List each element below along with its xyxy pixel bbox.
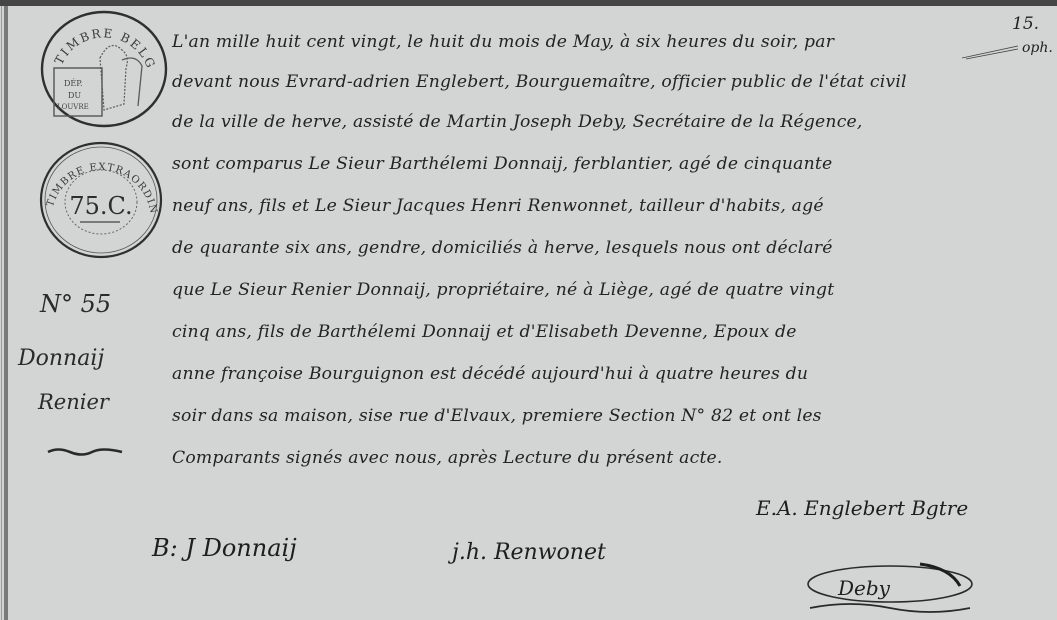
timbre-extraordinaire-stamp-icon: TIMBRE EXTRAORDINAIRE 75.C. bbox=[38, 140, 164, 260]
record-line-3: de la ville de herve, assisté de Martin … bbox=[172, 112, 863, 132]
record-line-6: de quarante six ans, gendre, domiciliés … bbox=[172, 238, 833, 258]
record-number: N° 55 bbox=[40, 290, 111, 318]
svg-text:LOUVRE: LOUVRE bbox=[57, 103, 89, 111]
margin-given-name: Renier bbox=[38, 390, 109, 414]
signature-declarant-1: B: J Donnaij bbox=[152, 534, 297, 562]
record-line-5: neuf ans, fils et Le Sieur Jacques Henri… bbox=[172, 196, 824, 216]
record-line-7: que Le Sieur Renier Donnaij, propriétair… bbox=[172, 280, 834, 300]
folio-note: oph. bbox=[1022, 40, 1053, 56]
record-line-9: anne françoise Bourguignon est décédé au… bbox=[172, 364, 808, 384]
record-line-10: soir dans sa maison, sise rue d'Elvaux, … bbox=[172, 406, 822, 426]
folio-rule-icon bbox=[960, 44, 1020, 60]
svg-text:TIMBRE BELGIQUE: TIMBRE BELGIQUE bbox=[38, 8, 159, 71]
record-line-4: sont comparus Le Sieur Barthélemi Donnai… bbox=[172, 154, 832, 174]
svg-text:DÉP.: DÉP. bbox=[64, 79, 83, 88]
timbre-belgique-stamp-icon: TIMBRE BELGIQUE DÉP. DU LOUVRE bbox=[38, 8, 170, 130]
record-line-1: L'an mille huit cent vingt, le huit du m… bbox=[172, 32, 834, 52]
signature-officer: E.A. Englebert Bgtre bbox=[756, 496, 968, 520]
record-line-11: Comparants signés avec nous, après Lectu… bbox=[172, 448, 723, 468]
page-edge-line bbox=[1, 6, 2, 620]
margin-rule bbox=[4, 6, 8, 620]
margin-flourish-icon bbox=[46, 446, 126, 458]
secretary-paraph-icon bbox=[790, 556, 990, 620]
margin-surname: Donnaij bbox=[18, 346, 104, 371]
stamp-value: 75.C. bbox=[69, 192, 132, 220]
record-line-8: cinq ans, fils de Barthélemi Donnaij et … bbox=[172, 322, 797, 342]
record-line-2: devant nous Evrard-adrien Englebert, Bou… bbox=[172, 72, 907, 92]
stamp-1-text: TIMBRE BELGIQUE bbox=[38, 8, 159, 71]
folio-number: 15. bbox=[1012, 14, 1039, 34]
signature-declarant-2: j.h. Renwonet bbox=[452, 540, 606, 565]
svg-text:DU: DU bbox=[68, 91, 81, 100]
